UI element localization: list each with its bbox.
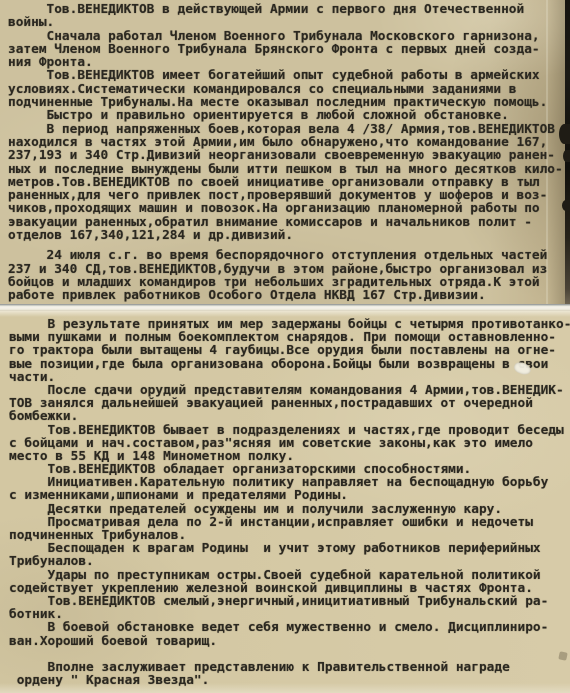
typed-line: ных и последние вынуждены были итти пешк… <box>8 163 570 176</box>
ink-smudge <box>559 124 570 144</box>
typed-line: Удары по преступникам остры.Своей судебн… <box>9 569 570 582</box>
typed-line: место в 55 КД и 148 Минометном полку. <box>9 450 570 463</box>
typed-line: ботник. <box>9 608 570 621</box>
ink-smudge <box>562 200 570 211</box>
typed-line: находился в частях этой Армии,им было об… <box>8 136 570 149</box>
typed-line: го трактора были вытащены 4 гаубицы.Все … <box>9 344 570 357</box>
typed-text-block-bottom: В результате принятых им мер задержаны б… <box>0 311 570 687</box>
typed-line: Тов.ВЕНЕДИКТОВ в действующей Армии с пер… <box>8 3 570 16</box>
ink-smudge <box>563 150 570 162</box>
typed-line: бомбежки. <box>9 410 570 423</box>
typed-line: Быстро и правильно ориентируется в любой… <box>8 109 570 122</box>
typed-line: Тов.ВЕНЕДИКТОВ обладает организаторскими… <box>9 463 570 476</box>
typed-line: 24 июля с.г. во время беспорядочного отс… <box>8 249 570 262</box>
typed-line: Десятки предателей осуждены им и получил… <box>9 503 570 516</box>
typed-text-block-top: Тов.ВЕНЕДИКТОВ в действующей Армии с пер… <box>0 0 570 303</box>
typed-line: подчиненных Трибуналов. <box>9 529 570 542</box>
typed-line: затем Членом Военного Трибунала Брянског… <box>8 43 570 56</box>
typed-line: ван.Хороший боевой товарищ. <box>9 635 570 648</box>
typed-line: бойцов и младших командиров три небольши… <box>8 276 570 289</box>
typed-line: Беспощаден к врагам Родины и учит этому … <box>9 542 570 555</box>
paper-mark <box>558 651 567 660</box>
typed-line: Просматривая дела по 2-й инстанции,испра… <box>9 516 570 529</box>
blank-line <box>9 648 570 661</box>
typed-line: Тов.ВЕНЕДИКТОВ имеет богатейший опыт суд… <box>8 69 570 82</box>
typed-line: ордену " Красная Звезда". <box>9 674 570 687</box>
typed-line: содействует укреплению железной воинской… <box>9 582 570 595</box>
typed-line: условиях.Систематически командировался с… <box>8 83 570 96</box>
scan-fragment-bottom: В результате принятых им мер задержаны б… <box>0 311 570 693</box>
typed-line: После сдачи орудий представителям команд… <box>9 384 570 397</box>
typed-line: Тов.ВЕНЕДИКТОВ смелый,энергичный,иницити… <box>9 595 570 608</box>
typed-line: Инициативен.Карательную политику направл… <box>9 476 570 489</box>
typed-line: Сначала работал Членом Военного Трибунал… <box>8 30 570 43</box>
typed-line: В период напряженных боев,которая вела 4… <box>8 123 570 136</box>
typed-line: Трибуналов. <box>9 555 570 568</box>
typed-line: с изменниками,шпионами и предателями Род… <box>9 489 570 502</box>
scan-fragment-top: Тов.ВЕНЕДИКТОВ в действующей Армии с пер… <box>0 0 570 304</box>
typed-line: 237 и 340 СД,тов.ВЕНЕДИКТОВ,будучи в это… <box>8 263 570 276</box>
typed-line: ния Фронта. <box>8 56 570 69</box>
typed-line: вые позиции,где была организована оборон… <box>9 358 570 371</box>
typed-line: подчиненные Трибуналы.На месте оказывал … <box>8 96 570 109</box>
typed-line: отделов 167,340,121,284 и др.дивизий. <box>8 229 570 242</box>
typed-line: В результате принятых им мер задержаны б… <box>9 318 570 331</box>
typed-line: Тов.ВЕНЕДИКТОВ бывает в подразделениях и… <box>9 424 570 437</box>
typed-line: выми пушками и полным боекомплектом снар… <box>9 331 570 344</box>
typed-line: раненных,для чего привлек пост,проверявш… <box>8 189 570 202</box>
fragment-seam <box>0 304 570 311</box>
typed-line: 237,193 и 340 Стр.Дивизий неорганизовали… <box>8 149 570 162</box>
typed-line: чиков,проходящих машин и повозок.На орга… <box>8 202 570 215</box>
document-scan: Тов.ВЕНЕДИКТОВ в действующей Армии с пер… <box>0 0 570 693</box>
typed-line: с бойцами и нач.составом,раз"ясняя им со… <box>9 437 570 450</box>
typed-line: Вполне заслуживает представлению к Прави… <box>9 661 570 674</box>
typed-line: части. <box>9 371 570 384</box>
typed-line: войны. <box>8 16 570 29</box>
typed-line: метров.Тов.ВЕНЕДИКТОВ по своей инициатив… <box>8 176 570 189</box>
typed-line: работе привлек работников Особого Отдела… <box>8 289 570 302</box>
typed-line: В боевой обстановке ведет себя мужествен… <box>9 621 570 634</box>
typed-line: ТОВ занялся дальнейшей эвакуацией раненн… <box>9 397 570 410</box>
blank-line <box>8 242 570 249</box>
typed-line: эвакуации раненных,обратил внимание коми… <box>8 216 570 229</box>
